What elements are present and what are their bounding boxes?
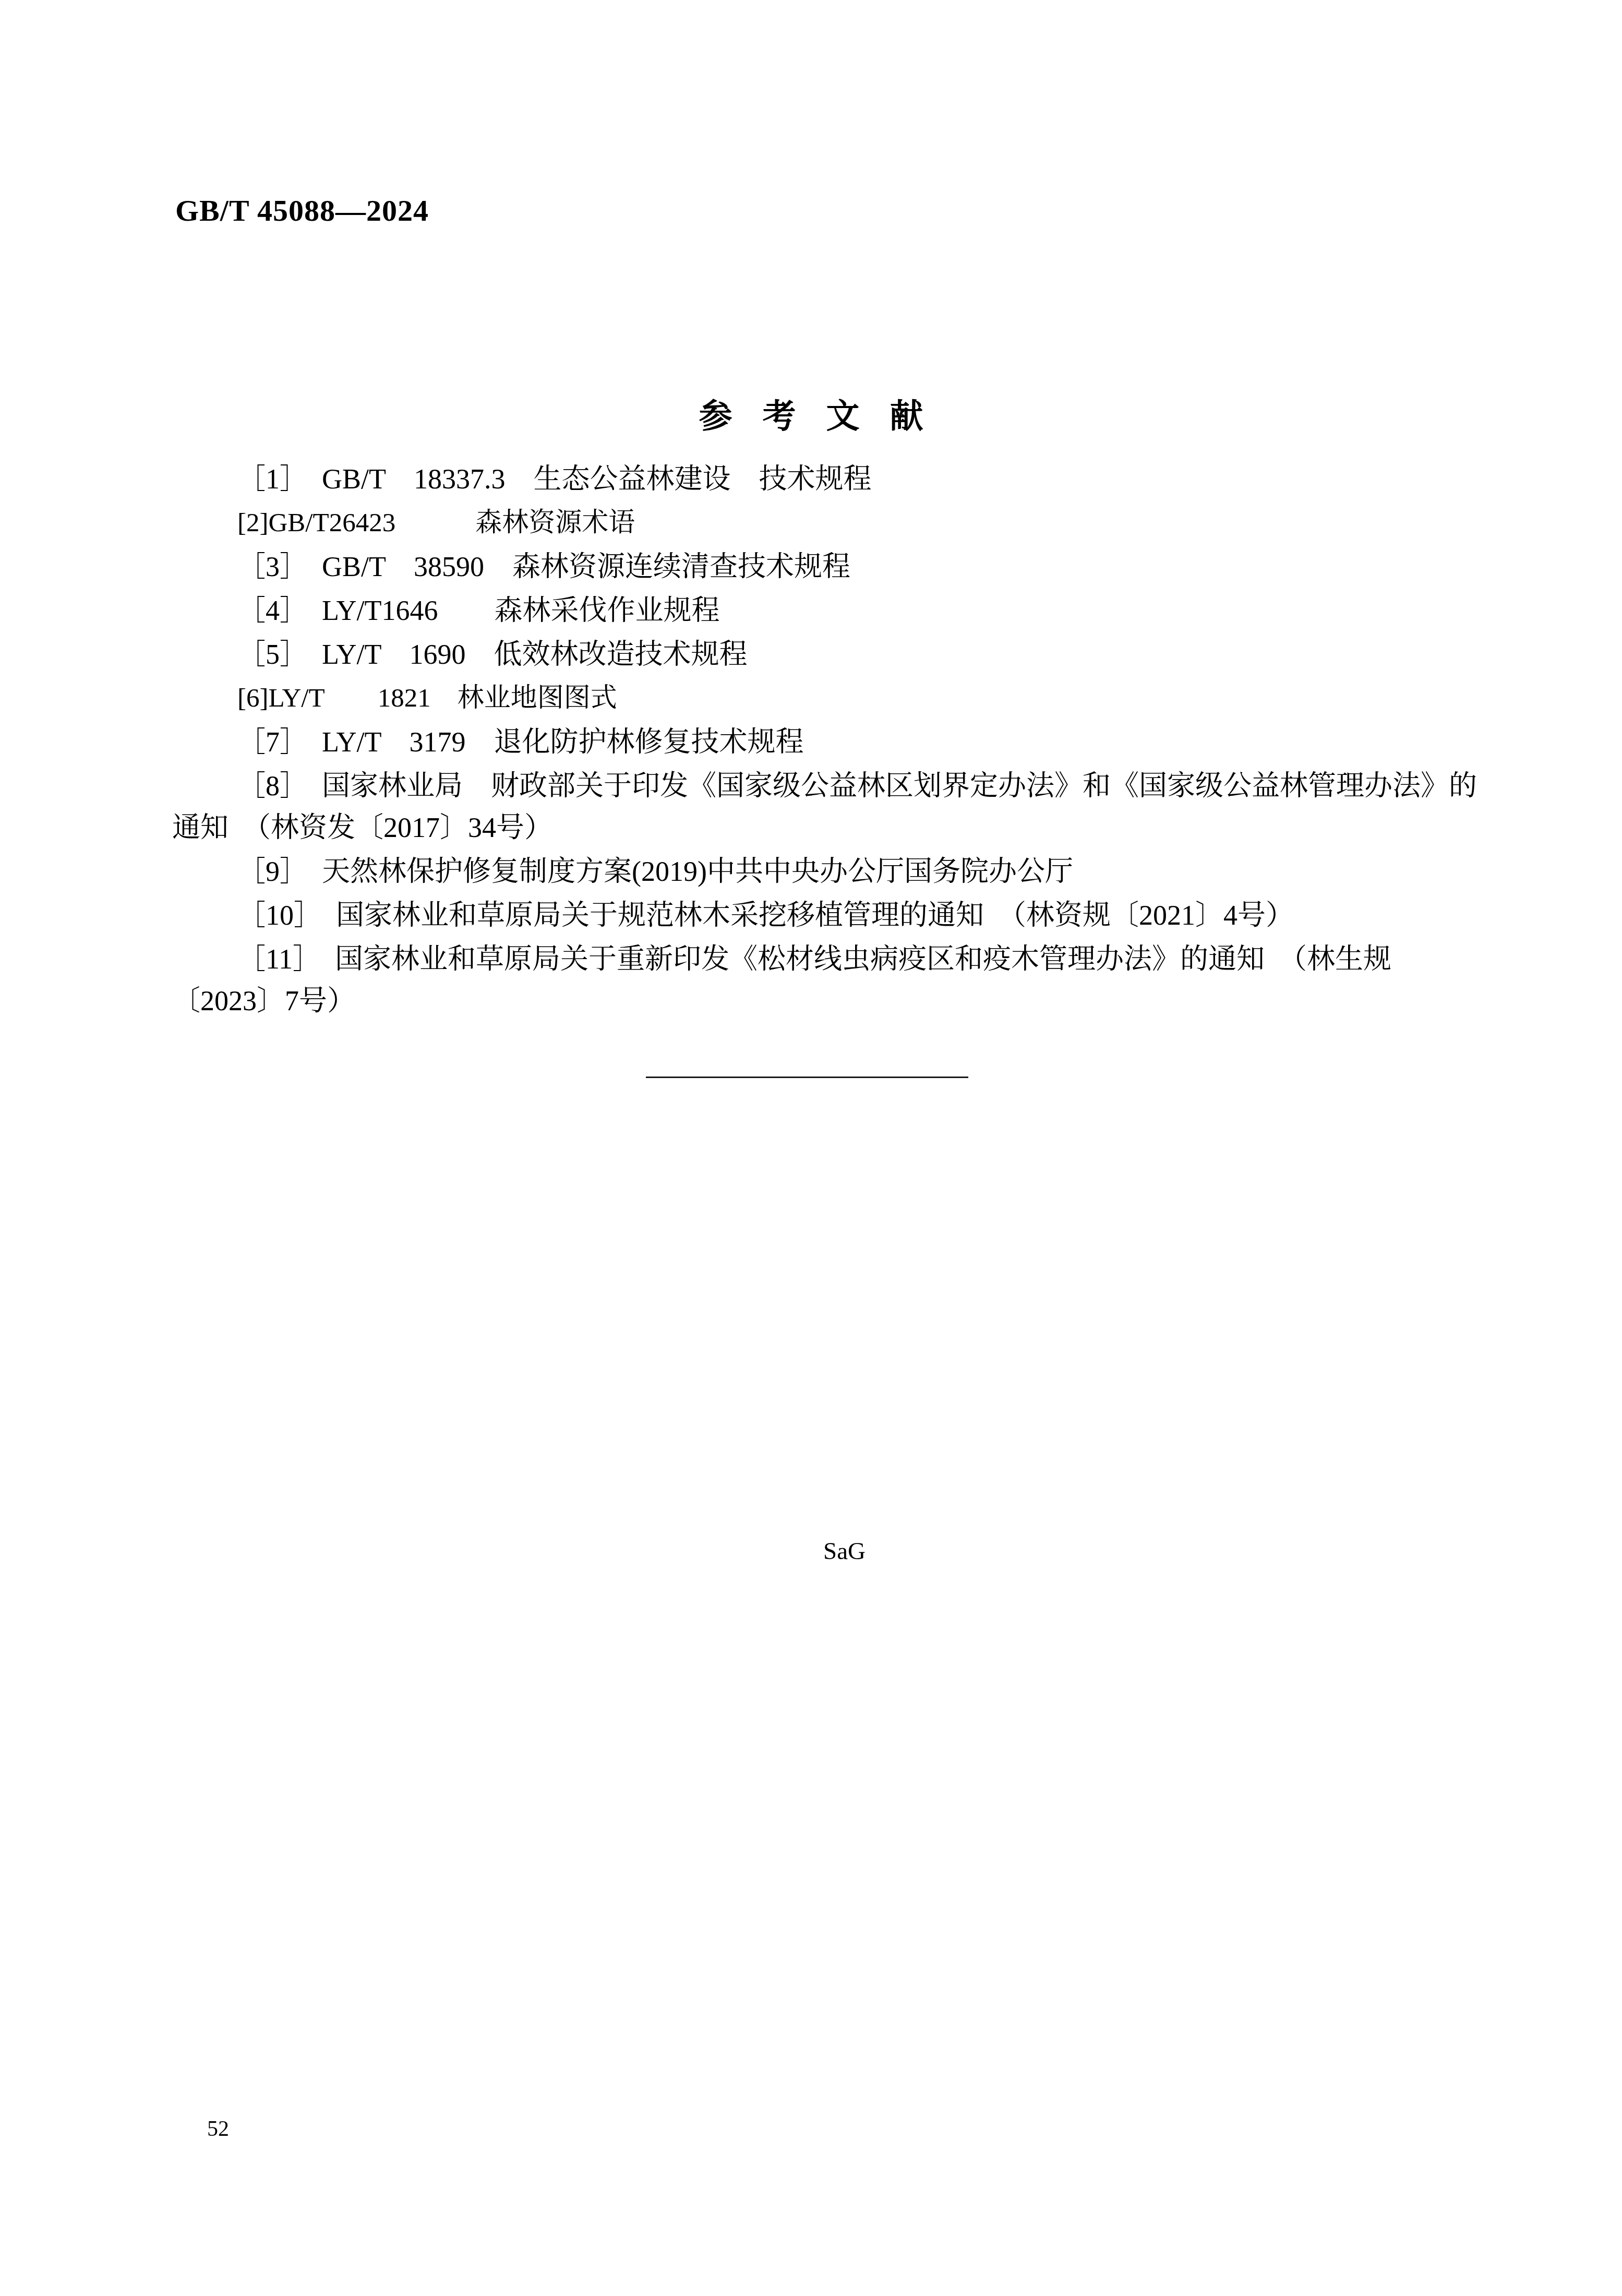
reference-item-9: ［9］ 天然林保护修复制度方案(2019)中共中央办公厅国务院办公厅 bbox=[172, 851, 1445, 892]
page-number: 52 bbox=[207, 2116, 229, 2142]
watermark-text: SaG bbox=[823, 1537, 866, 1565]
reference-line: [6]LY/T 1821 林业地图图式 bbox=[172, 677, 1445, 719]
reference-list: ［1］ GB/T 18337.3 生态公益林建设 技术规程 [2]GB/T264… bbox=[172, 458, 1445, 1024]
reference-item-6: [6]LY/T 1821 林业地图图式 bbox=[172, 677, 1445, 719]
reference-line-wrap: 〔2023〕7号） bbox=[172, 980, 1445, 1022]
reference-item-8: ［8］ 国家林业局 财政部关于印发《国家级公益林区划界定办法》和《国家级公益林管… bbox=[172, 765, 1445, 848]
reference-item-2: [2]GB/T26423 森林资源术语 bbox=[172, 502, 1445, 544]
reference-line: ［1］ GB/T 18337.3 生态公益林建设 技术规程 bbox=[172, 458, 1445, 500]
reference-item-1: ［1］ GB/T 18337.3 生态公益林建设 技术规程 bbox=[172, 458, 1445, 500]
reference-line: ［9］ 天然林保护修复制度方案(2019)中共中央办公厅国务院办公厅 bbox=[172, 851, 1445, 892]
document-page: GB/T 45088—2024 参 考 文 献 ［1］ GB/T 18337.3… bbox=[0, 0, 1622, 2296]
standard-number: GB/T 45088—2024 bbox=[175, 193, 429, 228]
reference-line: ［10］ 国家林业和草原局关于规范林木采挖移植管理的通知 （林资规〔2021〕4… bbox=[172, 894, 1445, 936]
reference-line: ［5］ LY/T 1690 低效林改造技术规程 bbox=[172, 633, 1445, 675]
reference-line-wrap: 通知 （林资发〔2017〕34号） bbox=[172, 807, 1445, 848]
end-of-document-divider bbox=[646, 1077, 968, 1078]
references-title: 参 考 文 献 bbox=[0, 389, 1622, 437]
reference-item-3: ［3］ GB/T 38590 森林资源连续清查技术规程 bbox=[172, 546, 1445, 588]
reference-item-4: ［4］ LY/T1646 森林采伐作业规程 bbox=[172, 590, 1445, 631]
reference-line: ［11］ 国家林业和草原局关于重新印发《松材线虫病疫区和疫木管理办法》的通知 （… bbox=[172, 938, 1445, 980]
reference-item-5: ［5］ LY/T 1690 低效林改造技术规程 bbox=[172, 633, 1445, 675]
reference-line: ［7］ LY/T 3179 退化防护林修复技术规程 bbox=[172, 721, 1445, 763]
reference-line: ［8］ 国家林业局 财政部关于印发《国家级公益林区划界定办法》和《国家级公益林管… bbox=[172, 765, 1445, 807]
reference-item-7: ［7］ LY/T 3179 退化防护林修复技术规程 bbox=[172, 721, 1445, 763]
reference-item-10: ［10］ 国家林业和草原局关于规范林木采挖移植管理的通知 （林资规〔2021〕4… bbox=[172, 894, 1445, 936]
reference-item-11: ［11］ 国家林业和草原局关于重新印发《松材线虫病疫区和疫木管理办法》的通知 （… bbox=[172, 938, 1445, 1022]
reference-line: ［4］ LY/T1646 森林采伐作业规程 bbox=[172, 590, 1445, 631]
reference-line: [2]GB/T26423 森林资源术语 bbox=[172, 502, 1445, 544]
reference-line: ［3］ GB/T 38590 森林资源连续清查技术规程 bbox=[172, 546, 1445, 588]
